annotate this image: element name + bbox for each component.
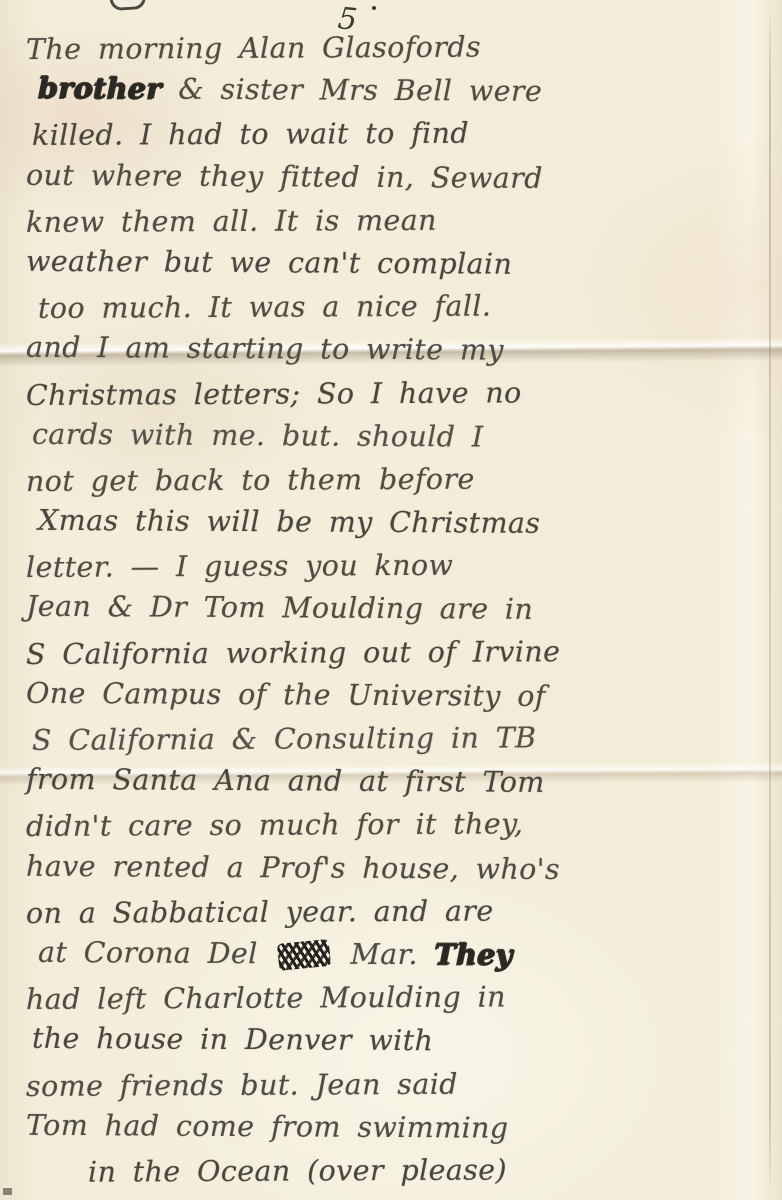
letter-line: the house in Denver with xyxy=(26,1017,774,1065)
letter-line: from Santa Ana and at first Tom xyxy=(26,758,774,806)
overwritten-word: They xyxy=(434,937,512,971)
letter-line: brother & sister Mrs Bell were xyxy=(26,67,774,115)
ink-dot xyxy=(372,6,376,10)
letter-line: cards with me. but. should I xyxy=(26,412,774,460)
letter-line: killed. I had to wait to find xyxy=(26,110,774,157)
letter-line: too much. It was a nice fall. xyxy=(26,283,774,330)
letter-line: out where they fitted in, Seward xyxy=(26,153,774,201)
letter-line: S California working out of Irvine xyxy=(26,629,774,676)
letter-line: Jean & Dr Tom Moulding are in xyxy=(26,585,774,633)
letter-line: and I am starting to write my xyxy=(26,326,774,374)
overwritten-word: brother xyxy=(38,71,162,106)
letter-line: S California & Consulting in TB xyxy=(26,715,774,762)
letter-line: knew them all. It is mean xyxy=(26,197,774,244)
letter-line: not get back to them before xyxy=(26,456,774,503)
ink-mark-top-edge xyxy=(109,0,146,11)
letter-body: The morning Alan Glasofords brother & si… xyxy=(26,26,774,1192)
letter-line: Tom had come from swimming xyxy=(26,1103,774,1151)
ink-mark-bottom-left xyxy=(3,1188,12,1195)
letter-line: in the Ocean (over please) xyxy=(26,1147,774,1194)
letter-line: didn't care so much for it they, xyxy=(26,801,774,848)
letter-line: on a Sabbatical year. and are xyxy=(26,888,774,935)
letter-line: The morning Alan Glasofords xyxy=(26,24,774,71)
letter-line: One Campus of the University of xyxy=(26,672,774,720)
letter-line: Christmas letters; So I have no xyxy=(26,370,774,417)
handwritten-letter-scan: 5 The morning Alan Glasofords brother & … xyxy=(0,0,782,1200)
letter-line: Xmas this will be my Christmas xyxy=(26,499,774,547)
letter-line: had left Charlotte Moulding in xyxy=(26,974,774,1021)
letter-line: have rented a Prof's house, who's xyxy=(26,844,774,892)
letter-line: weather but we can't complain xyxy=(26,240,774,288)
ink-scribble-crossout xyxy=(277,939,331,971)
letter-line: some friends but. Jean said xyxy=(26,1061,774,1108)
letter-line: letter. — I guess you know xyxy=(26,542,774,589)
letter-line: at Corona Del Mar. They xyxy=(26,931,774,979)
